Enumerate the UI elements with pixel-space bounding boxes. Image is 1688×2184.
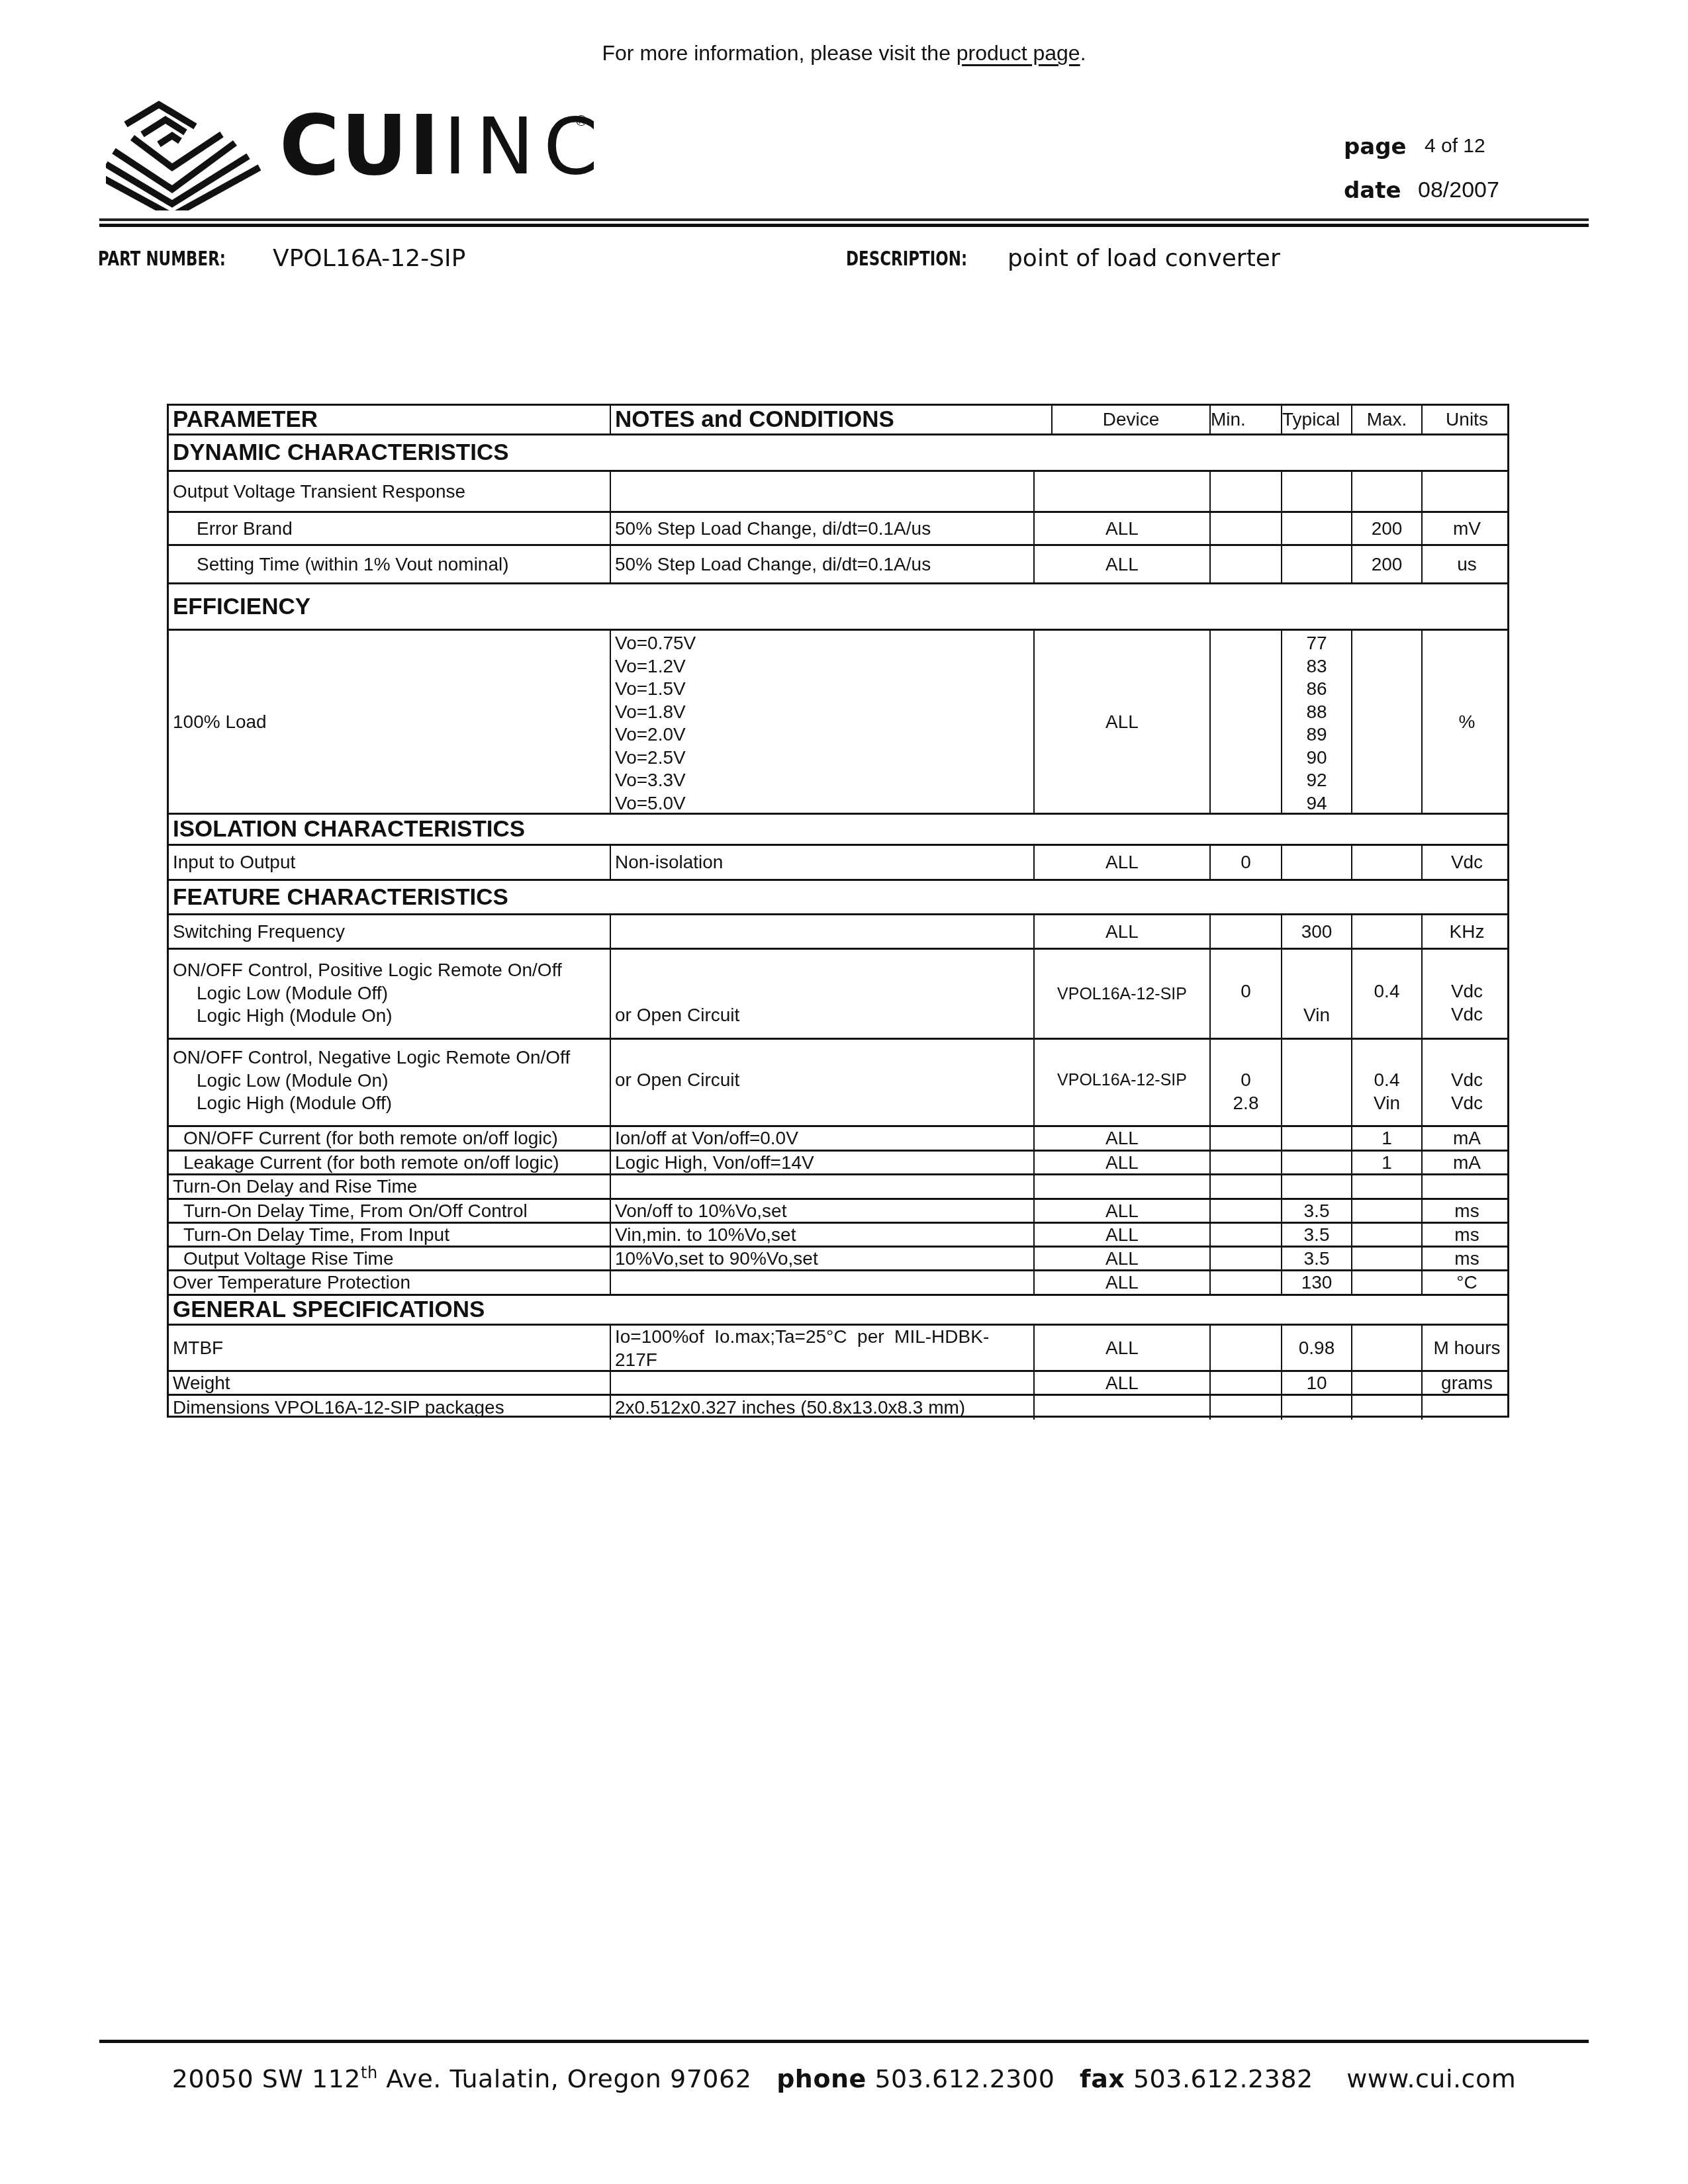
parameter-cell: ON/OFF Current (for both remote on/off l…	[169, 1127, 611, 1150]
units-cell: Vdc	[1423, 846, 1511, 879]
section-row: DYNAMIC CHARACTERISTICS	[169, 435, 1507, 472]
line: Vdc	[1423, 1092, 1511, 1115]
header-units: Units	[1423, 406, 1511, 433]
device-cell	[1035, 1175, 1211, 1198]
line: Logic High (Module Off)	[173, 1092, 610, 1115]
table-row: ON/OFF Current (for both remote on/off l…	[169, 1127, 1507, 1152]
header-typical: Typical	[1282, 406, 1352, 433]
table-row: Dimensions VPOL16A-12-SIP packages2x0.51…	[169, 1396, 1507, 1420]
cui-logo: CUI INC ®	[106, 98, 596, 210]
fax-label: fax	[1080, 2064, 1125, 2093]
table-row: Turn-On Delay Time, From InputVin,min. t…	[169, 1224, 1507, 1248]
device-cell: VPOL16A-12-SIP	[1035, 950, 1211, 1038]
description-value: point of load converter	[1008, 245, 1280, 272]
table-row: Input to OutputNon-isolationALL0Vdc	[169, 846, 1507, 881]
units-cell: ms	[1423, 1224, 1511, 1246]
min-cell	[1211, 1175, 1282, 1198]
max-cell: 1	[1352, 1152, 1423, 1173]
line: 86	[1282, 678, 1351, 701]
line: 2.8	[1211, 1092, 1281, 1115]
min-cell	[1211, 1372, 1282, 1394]
table-row: Output Voltage Rise Time10%Vo,set to 90%…	[169, 1248, 1507, 1271]
line: Vo=2.5V	[615, 747, 1033, 770]
table-row: MTBFIo=100%of Io.max;Ta=25°C per MIL-HDB…	[169, 1326, 1507, 1372]
line: or Open Circuit	[615, 1004, 1033, 1026]
line: 90	[1282, 747, 1351, 770]
note-suffix: .	[1080, 41, 1086, 65]
section-row: GENERAL SPECIFICATIONS	[169, 1296, 1507, 1326]
table-row: 100% LoadVo=0.75VVo=1.2VVo=1.5VVo=1.8VVo…	[169, 631, 1507, 815]
table-row: Setting Time (within 1% Vout nominal)50%…	[169, 546, 1507, 584]
table-row: Leakage Current (for both remote on/off …	[169, 1152, 1507, 1175]
max-cell	[1352, 1248, 1423, 1269]
device-cell: ALL	[1035, 1224, 1211, 1246]
page-label: page	[1344, 134, 1407, 160]
parameter-cell: Output Voltage Rise Time	[169, 1248, 611, 1269]
device-cell	[1035, 1396, 1211, 1420]
line: Logic High (Module On)	[173, 1005, 610, 1028]
min-cell	[1211, 1152, 1282, 1173]
units-cell: VdcVdc	[1423, 1040, 1511, 1125]
website-link[interactable]: www.cui.com	[1346, 2064, 1516, 2093]
parameter-cell: Turn-On Delay Time, From Input	[169, 1224, 611, 1246]
device-cell: ALL	[1035, 631, 1211, 813]
max-cell	[1352, 1396, 1423, 1420]
line: Logic Low (Module On)	[173, 1069, 610, 1093]
table-row: WeightALL10grams	[169, 1372, 1507, 1396]
typical-cell: 3.5	[1282, 1224, 1352, 1246]
header-rule	[99, 218, 1589, 221]
device-cell: ALL	[1035, 546, 1211, 582]
max-cell	[1352, 472, 1423, 511]
typical-cell: 130	[1282, 1271, 1352, 1294]
max-cell	[1352, 846, 1423, 879]
max-cell: 200	[1352, 546, 1423, 582]
product-page-note: For more information, please visit the p…	[0, 41, 1688, 66]
notes-cell: Ion/off at Von/off=0.0V	[611, 1127, 1035, 1150]
section-title: FEATURE CHARACTERISTICS	[169, 881, 1511, 913]
typical-cell	[1282, 1175, 1352, 1198]
max-cell: 0.4Vin	[1352, 1040, 1423, 1125]
device-cell: ALL	[1035, 1127, 1211, 1150]
notes-cell: or Open Circuit	[611, 1040, 1035, 1125]
units-cell	[1423, 1175, 1511, 1198]
units-cell	[1423, 472, 1511, 511]
min-cell	[1211, 1224, 1282, 1246]
typical-cell	[1282, 846, 1352, 879]
part-number-label: PART NUMBER:	[98, 248, 226, 271]
min-cell	[1211, 915, 1282, 948]
typical-cell	[1282, 1396, 1352, 1420]
units-cell: grams	[1423, 1372, 1511, 1394]
header-parameter: PARAMETER	[169, 406, 611, 433]
device-cell: ALL	[1035, 1152, 1211, 1173]
line: Vo=5.0V	[615, 792, 1033, 813]
typical-cell: 300	[1282, 915, 1352, 948]
line: ON/OFF Control, Negative Logic Remote On…	[173, 1046, 610, 1069]
notes-cell	[611, 1175, 1035, 1198]
parameter-cell: Input to Output	[169, 846, 611, 879]
table-header-row: PARAMETERNOTES and CONDITIONSDeviceMin.T…	[169, 406, 1507, 435]
footer-rule	[99, 2040, 1589, 2043]
footer-contact: 20050 SW 112th Ave. Tualatin, Oregon 970…	[0, 2064, 1688, 2093]
units-cell: ms	[1423, 1200, 1511, 1222]
table-row: Switching FrequencyALL300KHz	[169, 915, 1507, 950]
header-notes: NOTES and CONDITIONS	[611, 406, 1053, 433]
line: Vo=1.5V	[615, 678, 1033, 701]
table-row: Error Brand50% Step Load Change, di/dt=0…	[169, 513, 1507, 546]
date-label: date	[1344, 177, 1401, 204]
line: Vdc	[1423, 1003, 1511, 1026]
note-prefix: For more information, please visit the	[602, 41, 956, 65]
typical-cell: 3.5	[1282, 1248, 1352, 1269]
line: Io=100%of Io.max;Ta=25°C per MIL-HDBK-	[615, 1326, 1033, 1349]
notes-cell: Vo=0.75VVo=1.2VVo=1.5VVo=1.8VVo=2.0VVo=2…	[611, 631, 1035, 813]
parameter-cell: Error Brand	[169, 513, 611, 544]
header-rule	[99, 224, 1589, 227]
line: 88	[1282, 701, 1351, 724]
line: 0.4	[1352, 1069, 1421, 1092]
header-max: Max.	[1352, 406, 1423, 433]
notes-cell	[611, 915, 1035, 948]
line: Vo=1.8V	[615, 701, 1033, 724]
cui-stacked-diamond-logo-icon	[106, 98, 271, 210]
parameter-cell: Turn-On Delay and Rise Time	[169, 1175, 611, 1198]
min-cell	[1211, 1200, 1282, 1222]
min-cell	[1211, 513, 1282, 544]
parameter-cell: Weight	[169, 1372, 611, 1394]
typical-cell: 10	[1282, 1372, 1352, 1394]
typical-cell	[1282, 1040, 1352, 1125]
address: 20050 SW 112th Ave. Tualatin, Oregon 970…	[172, 2064, 752, 2093]
notes-cell: Vin,min. to 10%Vo,set	[611, 1224, 1035, 1246]
section-title: ISOLATION CHARACTERISTICS	[169, 815, 1511, 844]
units-cell: °C	[1423, 1271, 1511, 1294]
min-cell	[1211, 1248, 1282, 1269]
phone-number: 503.612.2300	[874, 2064, 1055, 2093]
device-cell: ALL	[1035, 1271, 1211, 1294]
notes-cell: Io=100%of Io.max;Ta=25°C per MIL-HDBK-21…	[611, 1326, 1035, 1370]
parameter-cell: ON/OFF Control, Negative Logic Remote On…	[169, 1040, 611, 1125]
parameter-cell: Turn-On Delay Time, From On/Off Control	[169, 1200, 611, 1222]
line: ON/OFF Control, Positive Logic Remote On…	[173, 959, 610, 982]
units-cell: %	[1423, 631, 1511, 813]
line: 92	[1282, 769, 1351, 792]
max-cell	[1352, 631, 1423, 813]
line: 83	[1282, 655, 1351, 678]
parameter-cell: Leakage Current (for both remote on/off …	[169, 1152, 611, 1173]
parameter-cell: Output Voltage Transient Response	[169, 472, 611, 511]
phone-label: phone	[776, 2064, 867, 2093]
notes-cell	[611, 1372, 1035, 1394]
table-row: Turn-On Delay Time, From On/Off ControlV…	[169, 1200, 1507, 1224]
typical-cell	[1282, 546, 1352, 582]
min-cell: 0	[1211, 950, 1282, 1038]
device-cell: ALL	[1035, 1248, 1211, 1269]
header-device: Device	[1053, 406, 1211, 433]
units-cell: ms	[1423, 1248, 1511, 1269]
units-cell: mA	[1423, 1152, 1511, 1173]
section-row: ISOLATION CHARACTERISTICS	[169, 815, 1507, 846]
device-cell: VPOL16A-12-SIP	[1035, 1040, 1211, 1125]
max-cell	[1352, 915, 1423, 948]
units-cell	[1423, 1396, 1511, 1420]
line: 94	[1282, 792, 1351, 813]
max-cell: 1	[1352, 1127, 1423, 1150]
units-cell: KHz	[1423, 915, 1511, 948]
units-cell: mV	[1423, 513, 1511, 544]
table-row: ON/OFF Control, Positive Logic Remote On…	[169, 950, 1507, 1040]
device-cell: ALL	[1035, 513, 1211, 544]
parameter-cell: MTBF	[169, 1326, 611, 1370]
line: or Open Circuit	[615, 1069, 1033, 1091]
description-label: DESCRIPTION:	[846, 248, 967, 271]
section-row: EFFICIENCY	[169, 584, 1507, 631]
section-title-text: GENERAL SPECIFICATIONS	[169, 1296, 1511, 1324]
line: 89	[1282, 723, 1351, 747]
table-row: Over Temperature ProtectionALL130°C	[169, 1271, 1507, 1296]
device-cell: ALL	[1035, 915, 1211, 948]
header-min: Min.	[1211, 406, 1282, 433]
notes-cell: Von/off to 10%Vo,set	[611, 1200, 1035, 1222]
max-cell	[1352, 1326, 1423, 1370]
typical-cell	[1282, 513, 1352, 544]
date-value: 08/2007	[1418, 177, 1499, 203]
notes-cell: or Open Circuit	[611, 950, 1035, 1038]
section-row: FEATURE CHARACTERISTICS	[169, 881, 1507, 915]
notes-cell: 10%Vo,set to 90%Vo,set	[611, 1248, 1035, 1269]
line: 217F	[615, 1349, 1033, 1371]
registered-mark: ®	[576, 113, 586, 130]
notes-cell: 2x0.512x0.327 inches (50.8x13.0x8.3 mm)	[611, 1396, 1035, 1420]
min-cell	[1211, 472, 1282, 511]
section-title-text: ISOLATION CHARACTERISTICS	[169, 815, 1511, 844]
typical-cell: Vin	[1282, 950, 1352, 1038]
min-cell	[1211, 1127, 1282, 1150]
device-cell	[1035, 472, 1211, 511]
min-cell: 0	[1211, 846, 1282, 879]
parameter-cell: 100% Load	[169, 631, 611, 813]
notes-cell: Non-isolation	[611, 846, 1035, 879]
min-cell	[1211, 1326, 1282, 1370]
device-cell: ALL	[1035, 1372, 1211, 1394]
typical-cell	[1282, 1152, 1352, 1173]
parameter-cell: ON/OFF Control, Positive Logic Remote On…	[169, 950, 611, 1038]
page-value: 4 of 12	[1425, 135, 1485, 158]
fax-number: 503.612.2382	[1133, 2064, 1313, 2093]
parameter-cell: Over Temperature Protection	[169, 1271, 611, 1294]
line: Vo=3.3V	[615, 769, 1033, 792]
section-title: EFFICIENCY	[169, 584, 1511, 629]
table-row: Output Voltage Transient Response	[169, 472, 1507, 513]
min-cell	[1211, 1396, 1282, 1420]
notes-cell: 50% Step Load Change, di/dt=0.1A/us	[611, 513, 1035, 544]
line: Logic Low (Module Off)	[173, 982, 610, 1005]
device-cell: ALL	[1035, 1326, 1211, 1370]
max-cell	[1352, 1200, 1423, 1222]
typical-cell: 0.98	[1282, 1326, 1352, 1370]
min-cell	[1211, 631, 1282, 813]
notes-cell	[611, 472, 1035, 511]
line: Vdc	[1423, 1069, 1511, 1092]
notes-cell: 50% Step Load Change, di/dt=0.1A/us	[611, 546, 1035, 582]
section-title: GENERAL SPECIFICATIONS	[169, 1296, 1511, 1324]
units-cell: mA	[1423, 1127, 1511, 1150]
section-title-text: EFFICIENCY	[169, 584, 1511, 629]
parameter-cell: Dimensions VPOL16A-12-SIP packages	[169, 1396, 611, 1420]
max-cell	[1352, 1175, 1423, 1198]
parameter-cell: Switching Frequency	[169, 915, 611, 948]
typical-cell	[1282, 1127, 1352, 1150]
table-row: ON/OFF Control, Negative Logic Remote On…	[169, 1040, 1507, 1127]
spec-table: PARAMETERNOTES and CONDITIONSDeviceMin.T…	[167, 404, 1509, 1418]
notes-cell: Logic High, Von/off=14V	[611, 1152, 1035, 1173]
line: Vo=1.2V	[615, 655, 1033, 678]
line: Vo=0.75V	[615, 632, 1033, 655]
max-cell	[1352, 1224, 1423, 1246]
units-cell: M hours	[1423, 1326, 1511, 1370]
parameter-cell: Setting Time (within 1% Vout nominal)	[169, 546, 611, 582]
part-number-value: VPOL16A-12-SIP	[273, 245, 465, 272]
brand-name-bold: CUI	[279, 103, 441, 189]
typical-cell: 7783868889909294	[1282, 631, 1352, 813]
line: Vin	[1352, 1092, 1421, 1115]
max-cell: 200	[1352, 513, 1423, 544]
units-cell: VdcVdc	[1423, 950, 1511, 1038]
min-cell	[1211, 1271, 1282, 1294]
device-cell: ALL	[1035, 846, 1211, 879]
line: Vdc	[1423, 980, 1511, 1003]
line: 77	[1282, 632, 1351, 655]
max-cell	[1352, 1372, 1423, 1394]
max-cell: 0.4	[1352, 950, 1423, 1038]
min-cell	[1211, 546, 1282, 582]
typical-cell: 3.5	[1282, 1200, 1352, 1222]
product-page-link[interactable]: product page	[957, 41, 1080, 65]
line: Vo=2.0V	[615, 723, 1033, 747]
line: 0	[1211, 1069, 1281, 1092]
section-title: DYNAMIC CHARACTERISTICS	[169, 435, 1511, 470]
notes-cell	[611, 1271, 1035, 1294]
section-title-text: DYNAMIC CHARACTERISTICS	[169, 435, 1511, 470]
typical-cell	[1282, 472, 1352, 511]
device-cell: ALL	[1035, 1200, 1211, 1222]
min-cell: 02.8	[1211, 1040, 1282, 1125]
max-cell	[1352, 1271, 1423, 1294]
table-row: Turn-On Delay and Rise Time	[169, 1175, 1507, 1200]
section-title-text: FEATURE CHARACTERISTICS	[169, 881, 1511, 913]
units-cell: us	[1423, 546, 1511, 582]
